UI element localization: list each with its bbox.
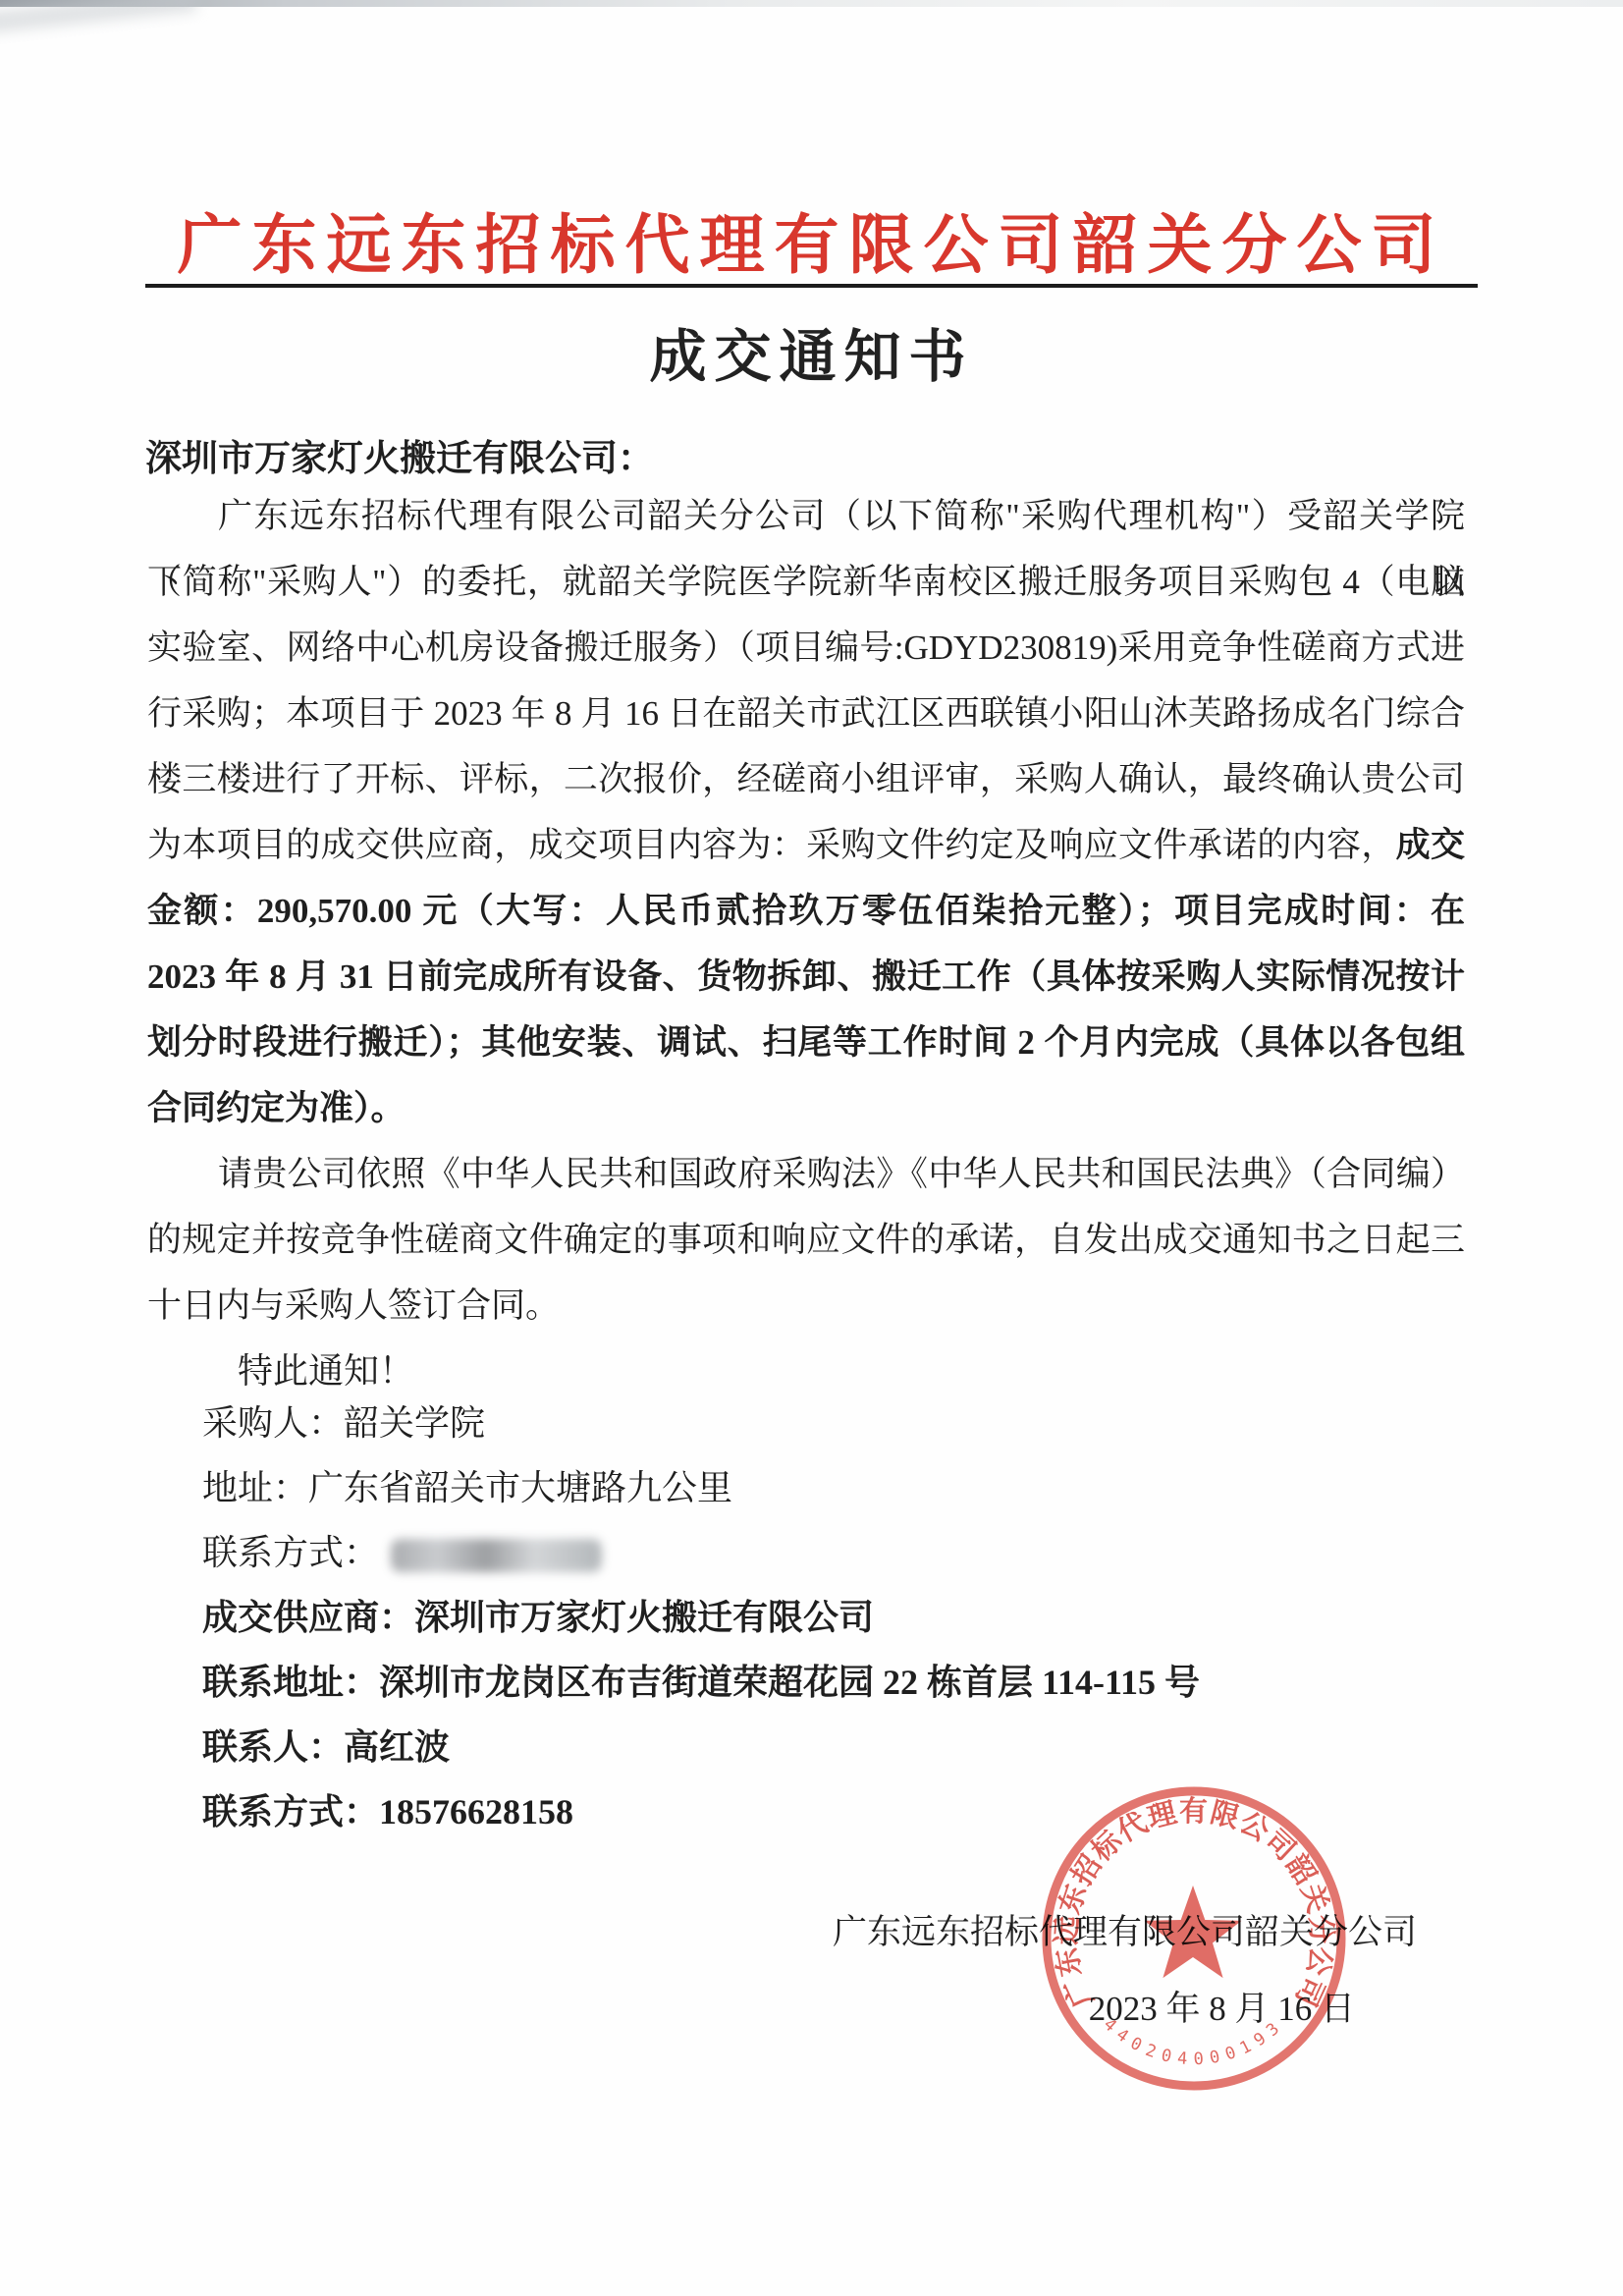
- letterhead-company: 广东远东招标代理有限公司韶关分公司: [0, 192, 1623, 286]
- body-line: 楼三楼进行了开标、评标，二次报价，经磋商小组评审，采购人确认，最终确认贵公司: [147, 746, 1465, 812]
- scan-artifact-top-edge: [0, 0, 1623, 7]
- contact-text: 地址：广东省韶关市大塘路九公里: [202, 1468, 732, 1507]
- body-text: 楼三楼进行了开标、评标，二次报价，经磋商小组评审，采购人确认，最终确认贵公司: [147, 760, 1465, 798]
- contact-text: 联系方式：18576628158: [202, 1792, 573, 1831]
- body-line: 请贵公司依照《中华人民共和国政府采购法》《中华人民共和国民法典》（合同编）: [147, 1141, 1465, 1207]
- paragraph-award-details: 广东远东招标代理有限公司韶关分公司（以下简称"采购代理机构"）受韶关学院（以下简…: [147, 483, 1465, 1141]
- seal-serial-number: 440204000193: [1100, 2015, 1288, 2070]
- body-text-bold: 成交: [1396, 826, 1465, 864]
- body-text: 下简称"采购人"）的委托，就韶关学院医学院新华南校区搬迁服务项目采购包 4（电脑: [147, 563, 1465, 601]
- contact-line: 成交供应商：深圳市万家灯火搬迁有限公司: [202, 1585, 1200, 1650]
- body-line: 划分时段进行搬迁）；其他安装、调试、扫尾等工作时间 2 个月内完成（具体以各包组: [147, 1010, 1465, 1075]
- body-text: 的规定并按竞争性磋商文件确定的事项和响应文件的承诺，自发出成交通知书之日起三: [147, 1221, 1465, 1259]
- contact-text: 采购人：韶关学院: [202, 1403, 485, 1443]
- recipient-line: 深圳市万家灯火搬迁有限公司：: [145, 428, 654, 481]
- contact-line: 地址：广东省韶关市大塘路九公里: [202, 1455, 1200, 1520]
- body-line: 的规定并按竞争性磋商文件确定的事项和响应文件的承诺，自发出成交通知书之日起三: [147, 1207, 1465, 1273]
- contact-line: 联系地址：深圳市龙岗区布吉街道荣超花园 22 栋首层 114-115 号: [202, 1650, 1200, 1715]
- contact-text: 联系地址：深圳市龙岗区布吉街道荣超花园 22 栋首层 114-115 号: [202, 1663, 1200, 1702]
- body-line: 广东远东招标代理有限公司韶关分公司（以下简称"采购代理机构"）受韶关学院（以: [147, 483, 1465, 549]
- body-text-bold: 金额：290,570.00 元（大写：人民币贰拾玖万零伍佰柒拾元整）；项目完成时…: [147, 892, 1465, 930]
- body-text: 为本项目的成交供应商，成交项目内容为：采购文件约定及响应文件承诺的内容，: [147, 826, 1396, 864]
- body-text: 请贵公司依照《中华人民共和国政府采购法》《中华人民共和国民法典》（合同编）: [218, 1155, 1465, 1193]
- paragraph-contract-instruction: 请贵公司依照《中华人民共和国政府采购法》《中华人民共和国民法典》（合同编）的规定…: [147, 1141, 1465, 1339]
- body-line: 合同约定为准）。: [147, 1075, 1465, 1141]
- body-text: 实验室、网络中心机房设备搬迁服务）（项目编号:GDYD230819)采用竞争性磋…: [147, 629, 1465, 667]
- contact-text: 联系方式：: [202, 1533, 379, 1572]
- body-line: 金额：290,570.00 元（大写：人民币贰拾玖万零伍佰柒拾元整）；项目完成时…: [147, 878, 1465, 944]
- contact-text: 联系人：高红波: [202, 1727, 450, 1767]
- body-line: 下简称"采购人"）的委托，就韶关学院医学院新华南校区搬迁服务项目采购包 4（电脑: [147, 549, 1465, 615]
- body-text-bold: 2023 年 8 月 31 日前完成所有设备、货物拆卸、搬迁工作（具体按采购人实…: [147, 957, 1465, 996]
- body-text-bold: 合同约定为准）。: [147, 1089, 406, 1127]
- body-line: 2023 年 8 月 31 日前完成所有设备、货物拆卸、搬迁工作（具体按采购人实…: [147, 944, 1465, 1010]
- body-line: 十日内与采购人签订合同。: [147, 1273, 1465, 1339]
- contact-section: 采购人：韶关学院地址：广东省韶关市大塘路九公里联系方式：成交供应商：深圳市万家灯…: [202, 1391, 1200, 1844]
- company-seal-stamp: 广东远东招标代理有限公司韶关分公司 440204000193: [1039, 1783, 1349, 2094]
- contact-line: 联系方式：: [202, 1520, 1200, 1585]
- document-title: 成交通知书: [0, 310, 1623, 393]
- body-line: 行采购；本项目于 2023 年 8 月 16 日在韶关市武江区西联镇小阳山沐芙路…: [147, 681, 1465, 746]
- letterhead-rule: [145, 284, 1478, 288]
- contact-text: 成交供应商：深圳市万家灯火搬迁有限公司: [202, 1598, 874, 1637]
- contact-line: 采购人：韶关学院: [202, 1391, 1200, 1455]
- document-page: 广东远东招标代理有限公司韶关分公司 成交通知书 深圳市万家灯火搬迁有限公司： 广…: [0, 0, 1623, 2296]
- contact-line: 联系人：高红波: [202, 1715, 1200, 1779]
- body-line: 实验室、网络中心机房设备搬迁服务）（项目编号:GDYD230819)采用竞争性磋…: [147, 615, 1465, 681]
- seal-star-icon: [1145, 1886, 1242, 1978]
- body-text-bold: 划分时段进行搬迁）；其他安装、调试、扫尾等工作时间 2 个月内完成（具体以各包组: [147, 1023, 1465, 1062]
- body-text: 行采购；本项目于 2023 年 8 月 16 日在韶关市武江区西联镇小阳山沐芙路…: [147, 694, 1465, 733]
- body-line: 为本项目的成交供应商，成交项目内容为：采购文件约定及响应文件承诺的内容，成交: [147, 812, 1465, 878]
- body-text: 十日内与采购人签订合同。: [147, 1286, 560, 1325]
- redacted-contact-info: [391, 1539, 602, 1572]
